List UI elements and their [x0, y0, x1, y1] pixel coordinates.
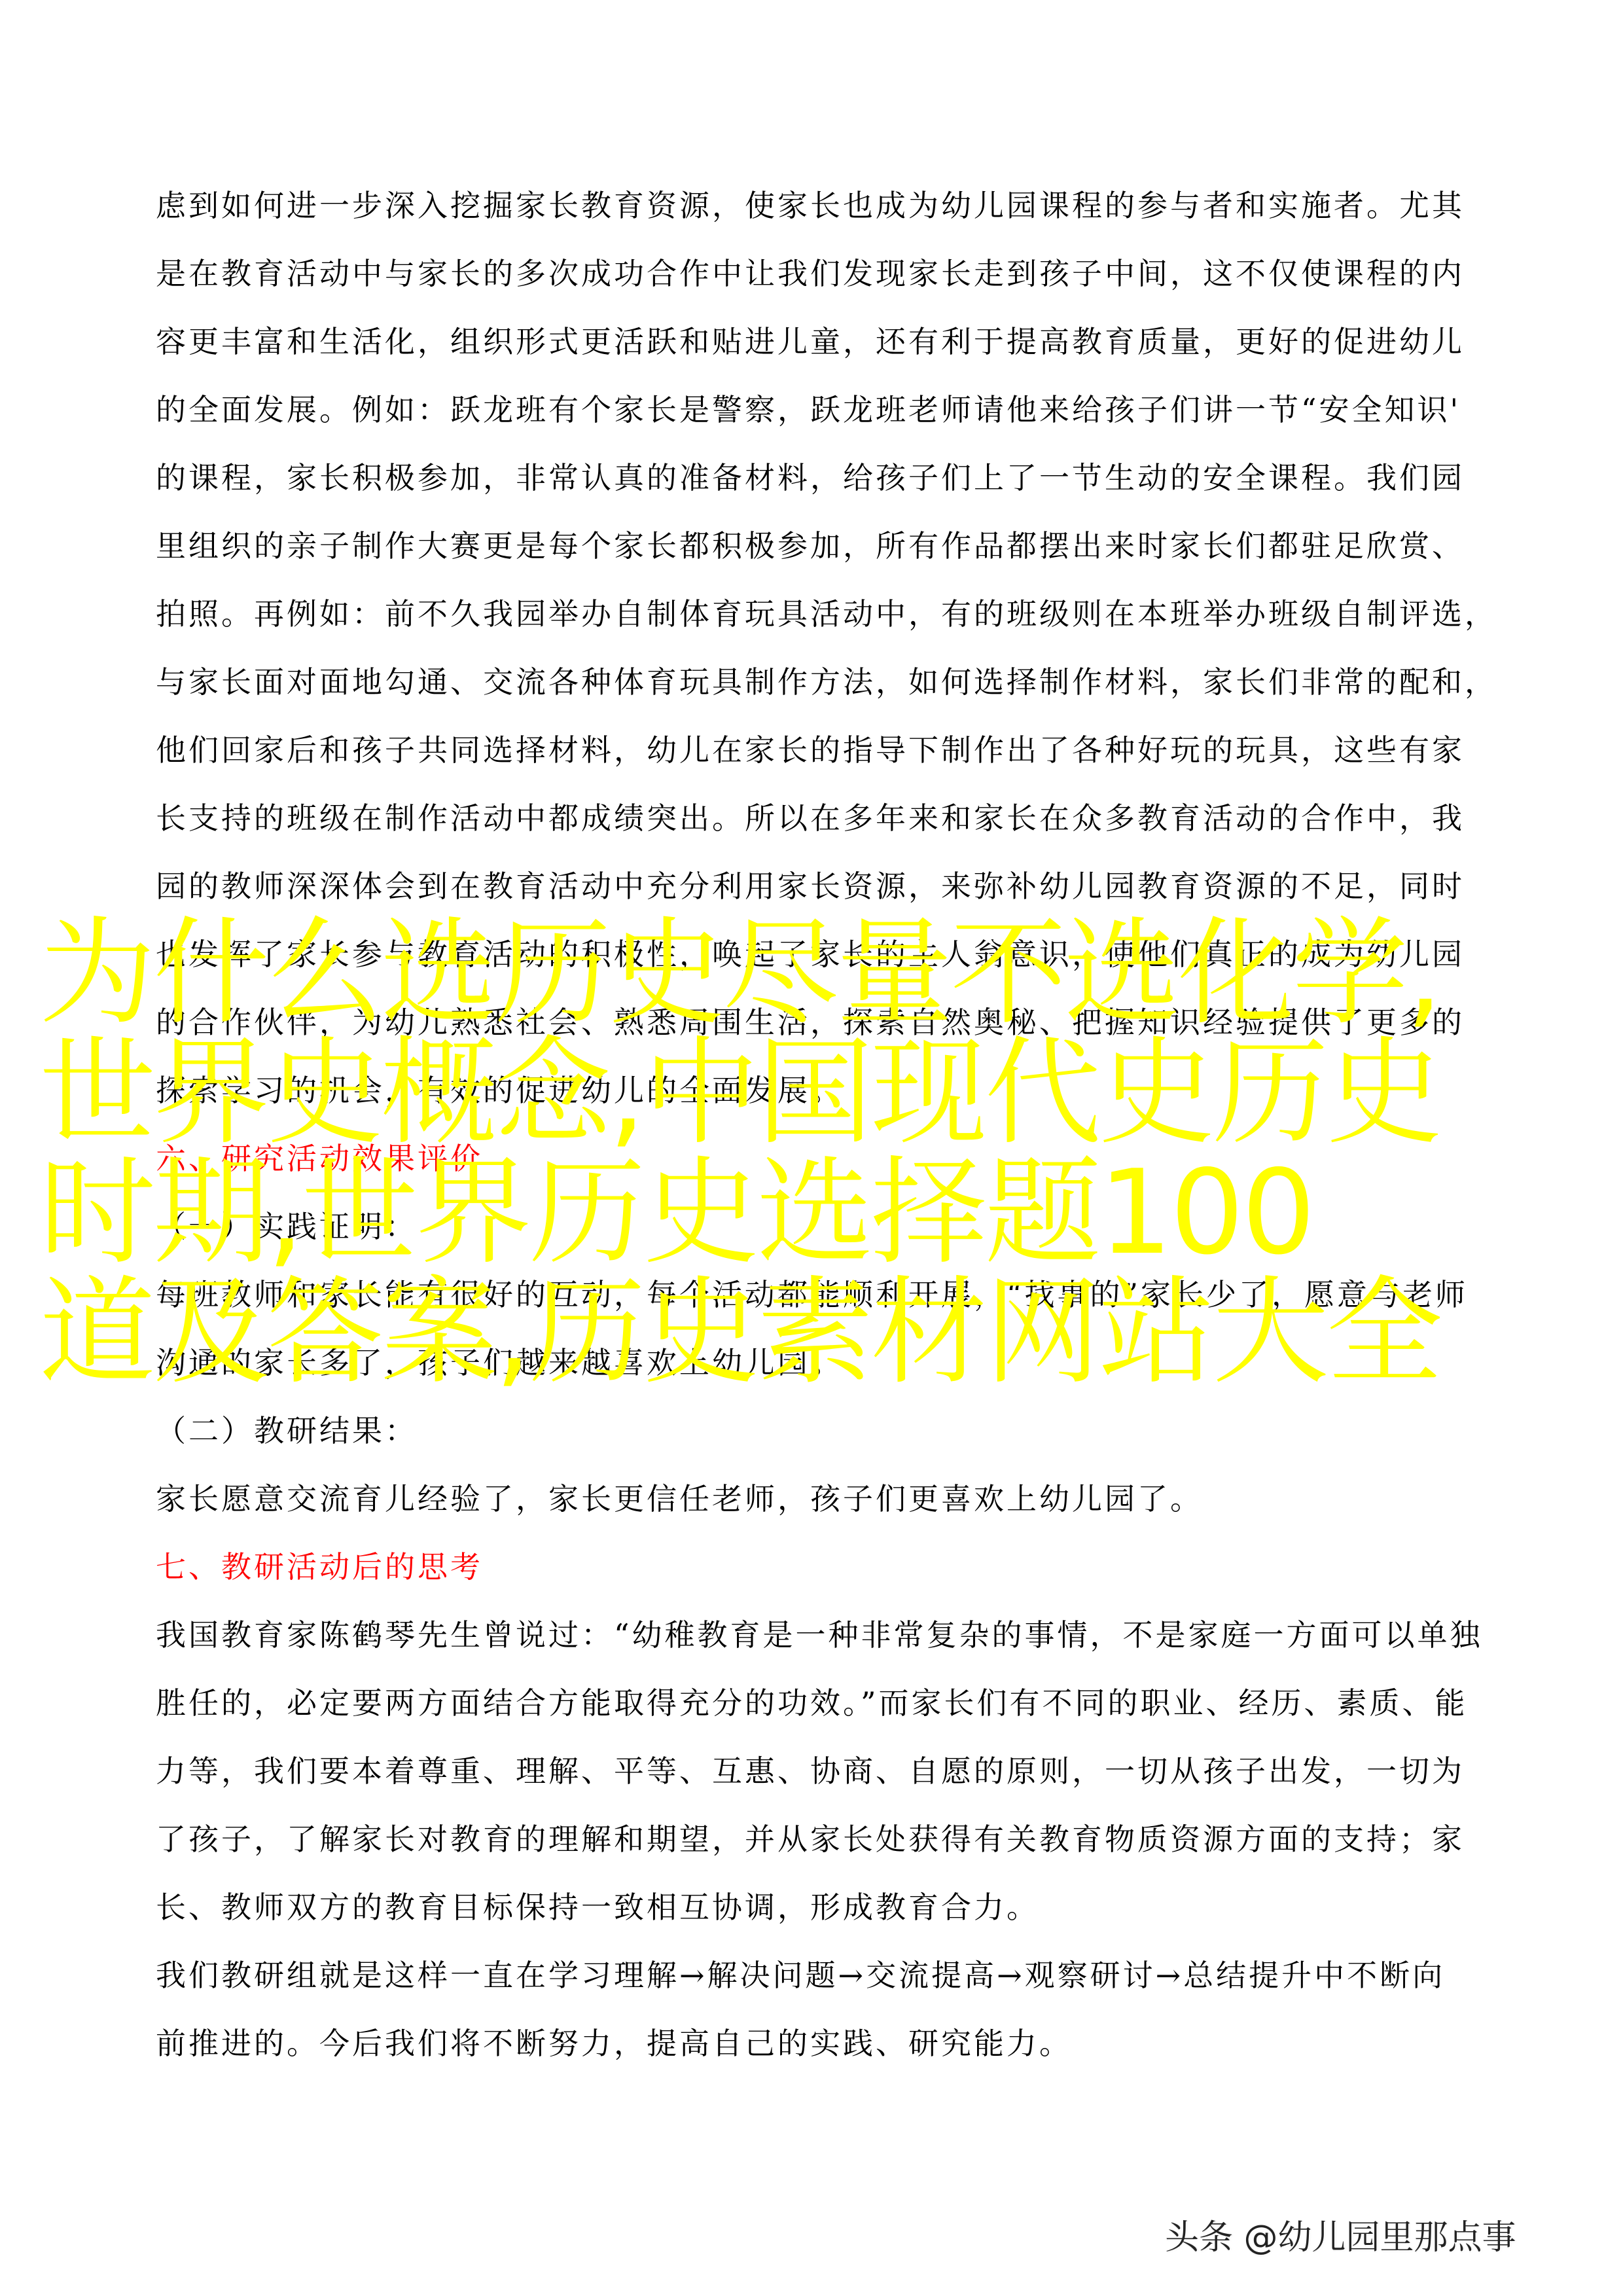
body-line: 虑到如何进一步深入挖掘家长教育资源，使家长也成为幼儿园课程的参与者和实施者。尤其 [156, 171, 1471, 240]
overlay-title: 为什么选历史尽量不选化学, 世界史概念,中国现代史历史 时期,世界历史选择题10… [39, 913, 1597, 1392]
body-line: 他们回家后和孩子共同选择材料，幼儿在家长的指导下制作出了各种好玩的玩具，这些有家 [156, 716, 1471, 784]
body-line: 里组织的亲子制作大赛更是每个家长都积极参加，所有作品都摆出来时家长们都驻足欣赏、 [156, 512, 1471, 580]
body-line: 我们教研组就是这样一直在学习理解→解决问题→交流提高→观察研讨→总结提升中不断向 [156, 1941, 1471, 2009]
overlay-title-line: 为什么选历史尽量不选化学, [39, 913, 1597, 1033]
body-line: 长支持的班级在制作活动中都成绩突出。所以在多年来和家长在众多教育活动的合作中，我 [156, 784, 1471, 852]
body-line: 了孩子，了解家长对教育的理解和期望，并从家长处获得有关教育物质资源方面的支持；家 [156, 1805, 1471, 1873]
body-line: 拍照。再例如：前不久我园举办自制体育玩具活动中，有的班级则在本班举办班级自制评选… [156, 580, 1471, 648]
source-watermark: 头条 @幼儿园里那点事 [1165, 2215, 1516, 2261]
subsection-heading-results: （二）教研结果： [156, 1397, 1471, 1465]
body-line: 长、教师双方的教育目标保持一致相互协调，形成教育合力。 [156, 1873, 1471, 1941]
overlay-title-line: 世界史概念,中国现代史历史 [39, 1033, 1597, 1153]
body-line: 是在教育活动中与家长的多次成功合作中让我们发现家长走到孩子中间，这不仅使课程的内 [156, 240, 1471, 308]
document-page: 虑到如何进一步深入挖掘家长教育资源，使家长也成为幼儿园课程的参与者和实施者。尤其… [0, 0, 1623, 2296]
body-line: 前推进的。今后我们将不断努力，提高自己的实践、研究能力。 [156, 2009, 1471, 2077]
body-line: 容更丰富和生活化，组织形式更活跃和贴进儿童，还有利于提高教育质量，更好的促进幼儿 [156, 308, 1471, 376]
overlay-title-line: 时期,世界历史选择题100 [39, 1153, 1597, 1272]
body-line: 力等，我们要本着尊重、理解、平等、互惠、协商、自愿的原则，一切从孩子出发，一切为 [156, 1737, 1471, 1805]
body-line: 我国教育家陈鹤琴先生曾说过：“幼稚教育是一种非常复杂的事情，不是家庭一方面可以单… [156, 1601, 1471, 1669]
body-line: 胜任的，必定要两方面结合方能取得充分的功效。”而家长们有不同的职业、经历、素质、… [156, 1669, 1471, 1737]
body-line: 的全面发展。例如：跃龙班有个家长是警察，跃龙班老师请他来给孩子们讲一节“安全知识… [156, 376, 1471, 444]
body-line: 与家长面对面地勾通、交流各种体育玩具制作方法，如何选择制作材料，家长们非常的配和… [156, 648, 1471, 716]
section-heading-7: 七、教研活动后的思考 [156, 1533, 1471, 1601]
overlay-title-line: 道及答案,历史素材网站大全 [39, 1272, 1597, 1392]
body-line: 的课程，家长积极参加，非常认真的准备材料，给孩子们上了一节生动的安全课程。我们园 [156, 444, 1471, 512]
body-line: 家长愿意交流育儿经验了，家长更信任老师，孩子们更喜欢上幼儿园了。 [156, 1465, 1471, 1533]
